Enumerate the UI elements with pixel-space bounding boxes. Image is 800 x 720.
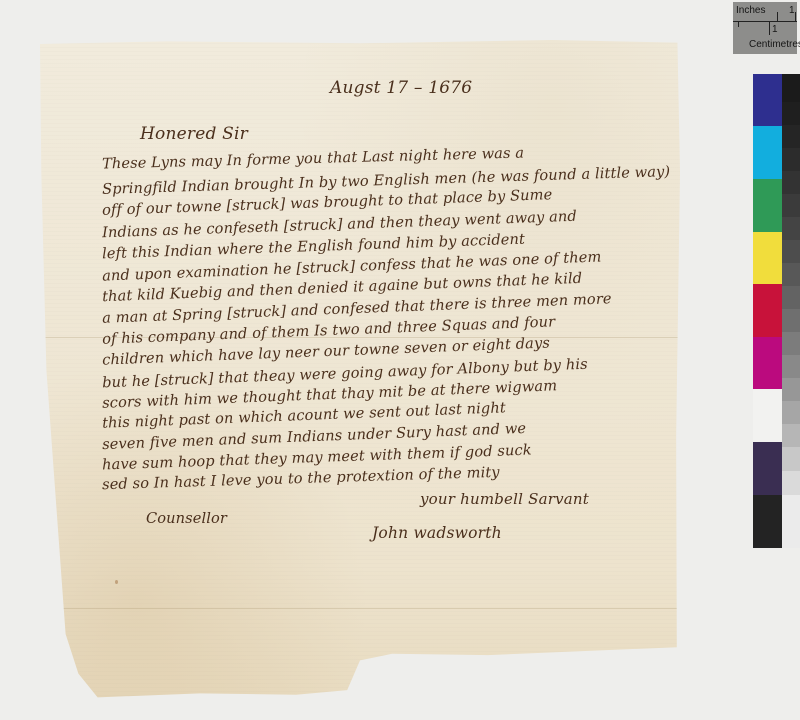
gray-patch — [782, 148, 800, 171]
gray-patch — [782, 286, 800, 309]
inches-label: Inches — [736, 5, 765, 16]
gray-patch — [782, 240, 800, 263]
color-patch-blue — [753, 74, 783, 126]
gray-patch — [782, 471, 800, 495]
color-patch-magenta — [753, 337, 783, 389]
inch-tick — [795, 12, 796, 21]
letter-salutation: Honered Sir — [140, 124, 248, 144]
gray-patch — [782, 74, 800, 102]
gray-patch — [782, 309, 800, 332]
letter-signature: John wadsworth — [372, 524, 502, 542]
gray-patch — [782, 378, 800, 401]
letter-closing: your humbell Sarvant — [420, 490, 589, 508]
gray-patch — [782, 171, 800, 194]
stain-mark — [54, 599, 62, 609]
gray-patch — [782, 194, 800, 217]
color-patch-red — [753, 284, 783, 337]
gray-patch — [782, 495, 800, 548]
scale-ruler: Inches 1 1 2 Centimetres — [733, 2, 797, 54]
color-patch-white — [753, 389, 783, 442]
gray-patch — [782, 102, 800, 125]
centimetres-label: Centimetres — [749, 39, 800, 50]
color-patch-cyan — [753, 126, 783, 179]
stain-mark — [115, 580, 118, 584]
color-patch-green — [753, 179, 783, 232]
cm-tick — [769, 21, 770, 35]
gray-patch — [782, 125, 800, 148]
gray-patch — [782, 424, 800, 447]
gray-patch — [782, 355, 800, 378]
letter-date: Augst 17 – 1676 — [330, 78, 472, 98]
fold-line — [40, 608, 680, 609]
inch-tick — [777, 12, 778, 21]
body-line: Counsellor — [146, 510, 227, 527]
color-patch-black — [753, 495, 783, 548]
color-patch-purple — [753, 442, 783, 495]
gray-patch — [782, 263, 800, 286]
gray-patch — [782, 401, 800, 424]
inch-tick-label: 1 — [789, 5, 795, 16]
cm-tick-label: 1 — [772, 24, 778, 35]
gray-patch — [782, 217, 800, 240]
color-patch-yellow — [753, 232, 783, 284]
cm-tick — [738, 21, 739, 27]
gray-patch — [782, 447, 800, 471]
gray-patch — [782, 332, 800, 355]
